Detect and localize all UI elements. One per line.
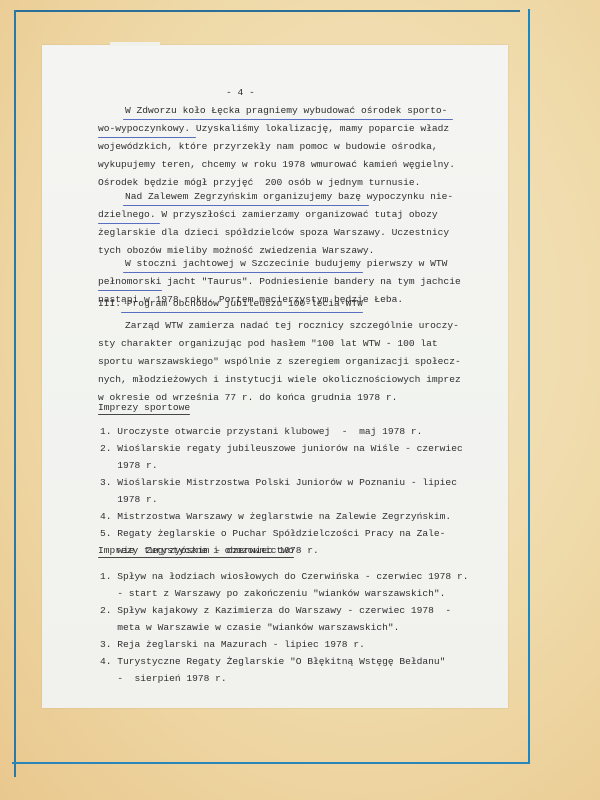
- sport-event-item: 2. Wioślarskie regaty jubileuszowe junio…: [100, 443, 463, 455]
- tourist-event-item: - sierpień 1978 r.: [100, 673, 227, 685]
- frame-line-left: [14, 10, 16, 777]
- sport-event-item: 1978 r.: [100, 494, 158, 506]
- frame-line-bottom: [12, 762, 530, 764]
- paragraph-line: dzielnego. W przyszłości zamierzamy orga…: [98, 209, 438, 221]
- paragraph-line: tych obozów mieliby możność zwiedzenia W…: [98, 245, 374, 257]
- paragraph-line: W Zdworzu koło Łęcka pragniemy wybudować…: [125, 105, 447, 117]
- section-number: III.: [98, 298, 127, 310]
- paragraph-line: Ośrodek będzie mógł przyjęć 200 osób w j…: [98, 177, 420, 189]
- paragraph-line: Nad Zalewem Zegrzyńskim organizujemy baz…: [125, 191, 453, 203]
- sport-event-item: 1. Uroczyste otwarcie przystani klubowej…: [100, 426, 422, 438]
- paragraph-line: wykupujemy teren, chcemy w roku 1978 wmu…: [98, 159, 455, 171]
- tourist-event-item: 1. Spływ na łodziach wiosłowych do Czerw…: [100, 571, 468, 583]
- paragraph-line: sportu warszawskiego" wspólnie z szeregi…: [98, 356, 461, 368]
- frame-line-right: [528, 9, 530, 764]
- frame-line-top: [15, 10, 520, 12]
- sport-event-item: 3. Wioślarskie Mistrzostwa Polski Junior…: [100, 477, 457, 489]
- paragraph-line: żeglarskie dla dzieci spółdzielców spoza…: [98, 227, 449, 239]
- paragraph-line: Zarząd WTW zamierza nadać tej rocznicy s…: [125, 320, 459, 332]
- sport-event-item: 4. Mistrzostwa Warszawy w żeglarstwie na…: [100, 511, 451, 523]
- paragraph-line: W stoczni jachtowej w Szczecinie budujem…: [125, 258, 447, 270]
- tourist-event-item: meta w Warszawie w czasie "wianków warsz…: [100, 622, 399, 634]
- tourist-events-heading: Imprezy turystyczne i obozownictwo: [98, 545, 294, 557]
- sport-events-heading: Imprezy sportowe: [98, 402, 190, 414]
- sport-event-item: 1978 r.: [100, 460, 158, 472]
- tourist-event-item: 4. Turystyczne Regaty Żeglarskie "O Błęk…: [100, 656, 445, 668]
- paragraph-line: pełnomorski jacht "Taurus". Podniesienie…: [98, 276, 461, 288]
- paragraph-line: wo-wypoczynkowy. Uzyskaliśmy lokalizację…: [98, 123, 449, 135]
- section-title: Program obchodów jubileuszu 100-lecia WT…: [127, 298, 363, 310]
- tourist-event-item: 2. Spływ kajakowy z Kazimierza do Warsza…: [100, 605, 451, 617]
- tourist-event-item: 3. Reja żeglarski na Mazurach - lipiec 1…: [100, 639, 365, 651]
- paragraph-line: nych, młodzieżowych i instytucji wiele o…: [98, 374, 461, 386]
- typed-underline: [98, 557, 294, 558]
- paragraph-line: wojewódzkich, które przyrzekły nam pomoc…: [98, 141, 438, 153]
- paragraph-line: sty charakter organizując pod hasłem "10…: [98, 338, 438, 350]
- tourist-event-item: - start z Warszawy po zakończeniu "wiank…: [100, 588, 445, 600]
- sport-event-item: 5. Regaty żeglarskie o Puchar Spółdzielc…: [100, 528, 445, 540]
- page-number: - 4 -: [226, 87, 255, 99]
- typed-underline: [98, 414, 190, 415]
- sheet-edge-notch: [110, 42, 160, 46]
